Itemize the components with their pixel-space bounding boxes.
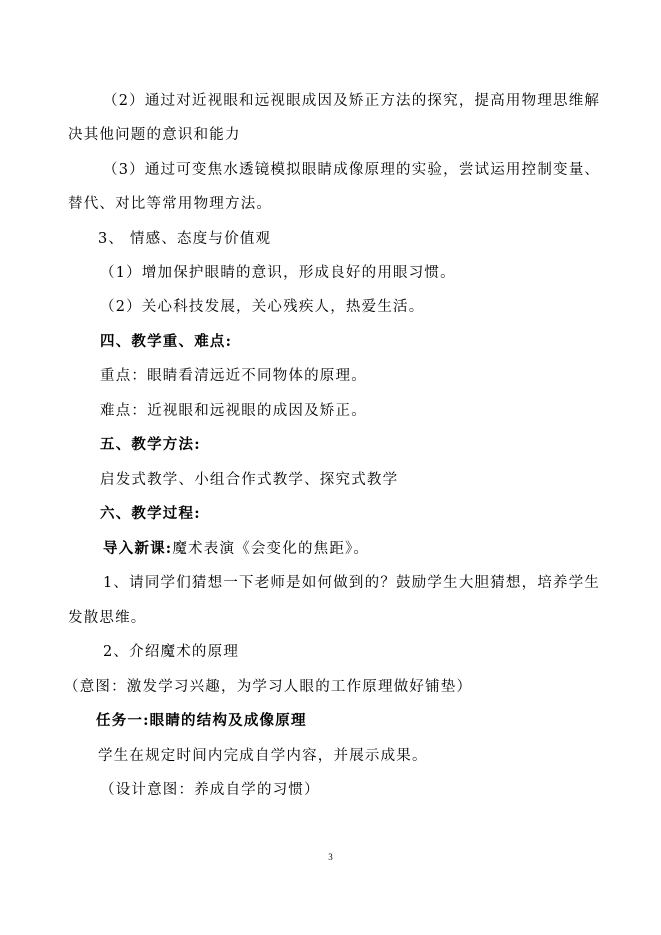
- task-1-heading: 任务一:眼睛的结构及成像原理: [96, 711, 307, 731]
- objective-2-line-2: 决其他问题的意识和能力: [68, 125, 241, 145]
- task-1-description: 学生在规定时间内完成自学内容，并展示成果。: [98, 746, 428, 766]
- page-number: 3: [0, 852, 661, 862]
- task-1-design-intent: （设计意图：养成自学的习惯）: [100, 780, 320, 800]
- emotion-item-1: （1）增加保护眼睛的意识，形成良好的用眼习惯。: [100, 263, 456, 283]
- intro-line: 导入新课:魔术表演《会变化的焦距》。: [103, 539, 369, 559]
- heading-key-points: 四、教学重、难点:: [100, 332, 232, 352]
- objective-2-line-1: （2）通过对近视眼和远视眼成因及矫正方法的探究，提高用物理思维解: [103, 91, 600, 111]
- intro-text: 魔术表演《会变化的焦距》。: [172, 541, 369, 557]
- difficult-point: 难点：近视眼和远视眼的成因及矫正。: [100, 401, 367, 421]
- intro-label: 导入新课:: [103, 540, 172, 557]
- objective-3-line-1: （3）通过可变焦水透镜模拟眼睛成像原理的实验，尝试运用控制变量、: [103, 160, 600, 180]
- process-step-2: 2、介绍魔术的原理: [103, 642, 239, 662]
- process-step-1-line-1: 1、请同学们猜想一下老师是如何做到的？鼓励学生大胆猜想，培养学生: [103, 573, 600, 593]
- intent-note: （意图：激发学习兴趣，为学习人眼的工作原理做好铺垫）: [64, 677, 472, 697]
- teaching-methods: 启发式教学、小组合作式教学、探究式教学: [100, 470, 398, 490]
- section-emotion-heading: 3、 情感、态度与价值观: [98, 229, 271, 249]
- emotion-item-2: （2）关心科技发展，关心残疾人，热爱生活。: [100, 297, 424, 317]
- heading-teaching-process: 六、教学过程:: [100, 504, 201, 524]
- key-point: 重点：眼睛看清远近不同物体的原理。: [100, 366, 367, 386]
- process-step-1-line-2: 发散思维。: [68, 608, 147, 628]
- objective-3-line-2: 替代、对比等常用物理方法。: [68, 194, 272, 214]
- document-page: （2）通过对近视眼和远视眼成因及矫正方法的探究，提高用物理思维解 决其他问题的意…: [0, 0, 661, 935]
- heading-teaching-methods: 五、教学方法:: [100, 435, 201, 455]
